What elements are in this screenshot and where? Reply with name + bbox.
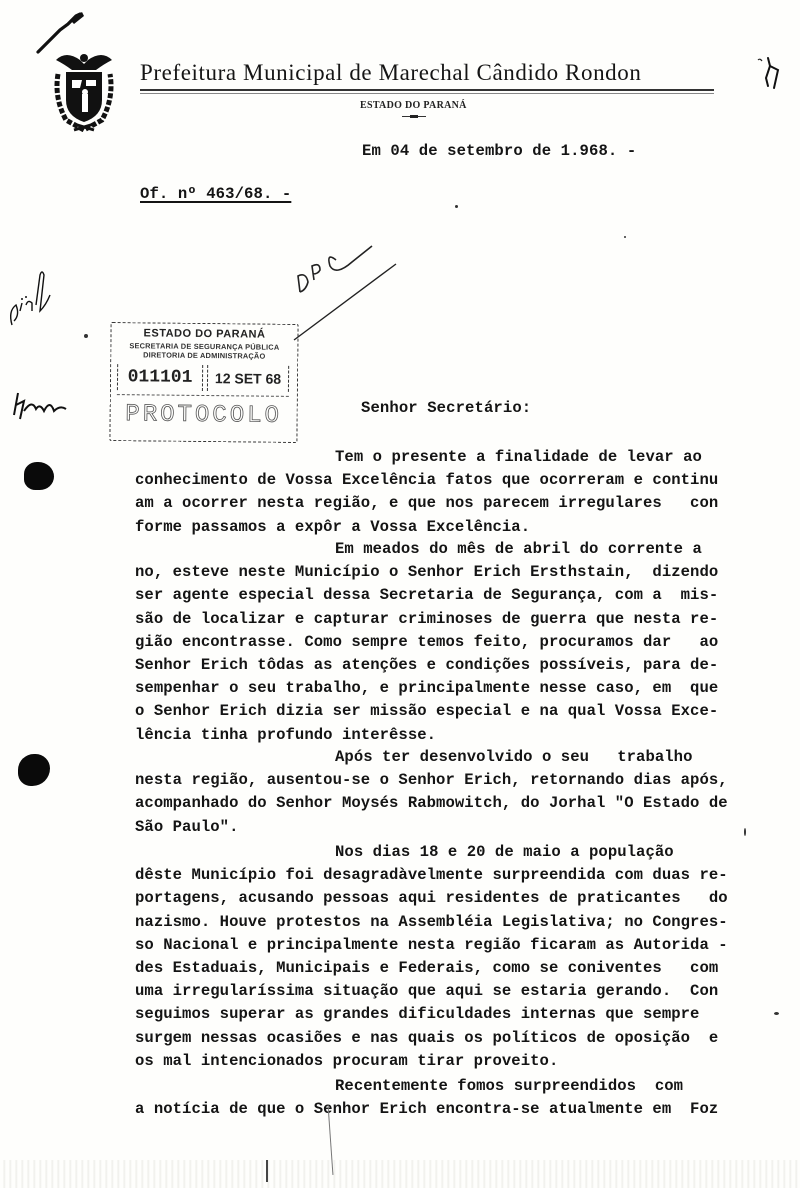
letterhead-title: Prefeitura Municipal de Marechal Cândido… bbox=[140, 60, 720, 86]
body-line: seguimos superar as grandes dificuldades… bbox=[135, 1003, 735, 1026]
body-line: Senhor Erich tôdas as atenções e condiçõ… bbox=[135, 654, 735, 677]
stamp-protocol-number: 011101 bbox=[117, 364, 203, 391]
body-line: os mal intencionados procuram tirar prov… bbox=[135, 1050, 735, 1073]
body-line: a notícia de que o Senhor Erich encontra… bbox=[135, 1098, 735, 1121]
body-line: nesta região, ausentou-se o Senhor Erich… bbox=[135, 769, 735, 792]
body-line: lência tinha profundo interêsse. bbox=[135, 724, 735, 747]
margin-initials-mark bbox=[10, 375, 70, 425]
body-line: conhecimento de Vossa Excelência fatos q… bbox=[135, 469, 735, 492]
document-reference-number: Of. nº 463/68. - bbox=[140, 183, 291, 205]
body-line: acompanhado do Senhor Moysés Rabmowitch,… bbox=[135, 792, 735, 815]
body-line: so Nacional e principalmente nesta regiã… bbox=[135, 934, 735, 957]
coat-of-arms-icon bbox=[52, 50, 116, 132]
document-page: Prefeitura Municipal de Marechal Cândido… bbox=[0, 0, 800, 1188]
letterhead-ornament bbox=[402, 116, 426, 117]
scan-speck bbox=[455, 205, 458, 208]
body-line: forme passamos a expôr a Vossa Excelênci… bbox=[135, 516, 735, 539]
stamp-state: ESTADO DO PARANÁ bbox=[111, 327, 297, 341]
paragraph-3: Após ter desenvolvido o seu trabalho nes… bbox=[135, 746, 735, 839]
protocol-stamp: ESTADO DO PARANÁ SECRETARIA DE SEGURANÇA… bbox=[109, 322, 298, 443]
scan-speck bbox=[84, 334, 88, 338]
body-line: Tem o presente a finalidade de levar ao bbox=[135, 446, 735, 469]
body-line: são de localizar e capturar criminoses d… bbox=[135, 608, 735, 631]
scan-speck bbox=[774, 1012, 779, 1015]
stamp-date: 12 SET 68 bbox=[207, 365, 289, 392]
body-line: des Estaduais, Municipais e Federais, co… bbox=[135, 957, 735, 980]
body-line: ser agente especial dessa Secretaria de … bbox=[135, 584, 735, 607]
letterhead-subtitle: ESTADO DO PARANÁ bbox=[360, 100, 500, 111]
body-line: uma irregularíssima situação que aqui se… bbox=[135, 980, 735, 1003]
body-line: Após ter desenvolvido o seu trabalho bbox=[135, 746, 735, 769]
annotation-arrow-line bbox=[290, 262, 400, 342]
scan-speck bbox=[624, 236, 626, 238]
letterhead-rule bbox=[140, 89, 714, 91]
paragraph-1: Tem o presente a finalidade de levar ao … bbox=[135, 446, 735, 539]
stamp-divider bbox=[117, 394, 289, 397]
paragraph-5: Recentemente fomos surpreendidos com a n… bbox=[135, 1075, 735, 1121]
scan-speck bbox=[744, 828, 746, 836]
paragraph-2: Em meados do mês de abril do corrente a … bbox=[135, 538, 735, 747]
body-line: portagens, acusando pessoas aqui residen… bbox=[135, 887, 735, 910]
body-line: São Paulo". bbox=[135, 816, 735, 839]
body-line: am a ocorrer nesta região, e que nos par… bbox=[135, 492, 735, 515]
document-date: Em 04 de setembro de 1.968. - bbox=[362, 140, 636, 162]
stamp-directorate: DIRETORIA DE ADMINISTRAÇÃO bbox=[111, 350, 297, 361]
body-line: dêste Município foi desagradàvelmente su… bbox=[135, 864, 735, 887]
stamp-label: PROTOCOLO bbox=[111, 401, 297, 430]
salutation: Senhor Secretário: bbox=[361, 397, 531, 419]
body-line: gião encontrasse. Como sempre temos feit… bbox=[135, 631, 735, 654]
scan-bottom-edge bbox=[0, 1160, 800, 1188]
body-line: sempenhar o seu trabalho, e principalmen… bbox=[135, 677, 735, 700]
body-line: Nos dias 18 e 20 de maio a população bbox=[135, 841, 735, 864]
body-line: no, esteve neste Município o Senhor Eric… bbox=[135, 561, 735, 584]
body-line: o Senhor Erich dizia ser missão especial… bbox=[135, 700, 735, 723]
body-line: surgem nessas ocasiões e nas quais os po… bbox=[135, 1027, 735, 1050]
margin-signature-mark bbox=[6, 255, 56, 330]
body-line: nazismo. Houve protestos na Assembléia L… bbox=[135, 911, 735, 934]
body-line: Em meados do mês de abril do corrente a bbox=[135, 538, 735, 561]
folio-number-mark bbox=[748, 52, 788, 92]
ink-blot bbox=[18, 754, 50, 786]
ink-blot bbox=[24, 462, 54, 490]
paragraph-4: Nos dias 18 e 20 de maio a população dês… bbox=[135, 841, 735, 1073]
scan-artifact-line bbox=[266, 1160, 268, 1182]
body-line: Recentemente fomos surpreendidos com bbox=[135, 1075, 735, 1098]
letterhead-rule-thin bbox=[140, 93, 714, 94]
